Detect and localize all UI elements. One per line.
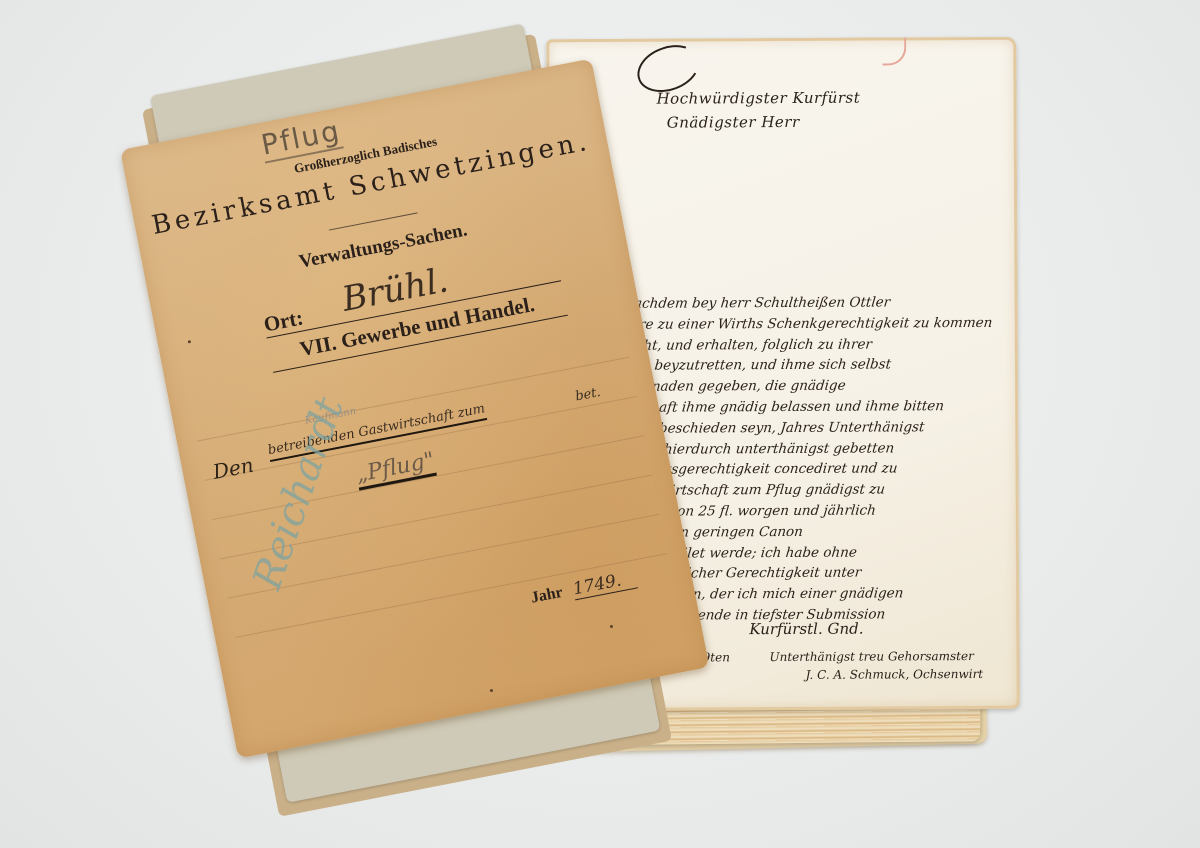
paper-spot — [188, 340, 192, 344]
year-label: Jahr — [529, 584, 564, 607]
manuscript-signoff: Unterthänigst treu Gehorsamster J. C. A.… — [769, 647, 983, 684]
signature: J. C. A. Schmuck, Ochsenwirt — [770, 665, 984, 684]
red-pencil-mark — [882, 37, 906, 65]
manuscript-line: diesem beyzutretten, und ihme sich selbs… — [600, 354, 1022, 377]
divider — [329, 212, 418, 230]
salutation-line: Hochwürdigster Kurfürst — [656, 86, 860, 111]
manuscript-salutation: Hochwürdigster Kurfürst Gnädigster Herr — [656, 86, 860, 135]
handwritten-prefix: Den — [211, 453, 256, 484]
place-label: Ort: — [262, 305, 306, 337]
paper-spot — [610, 625, 614, 629]
ruled-line — [235, 553, 667, 638]
signoff-line: Unterthänigst treu Gehorsamster — [769, 647, 983, 666]
manuscript-closing: Kurfürstl. Gnd. — [749, 620, 863, 639]
handwritten-suffix: bet. — [574, 385, 602, 405]
manuscript-line: unter Gnaden gegeben, die gnädige — [598, 375, 1020, 398]
year-value: 1749. — [571, 568, 638, 601]
photo-scene: Hochwürdigster Kurfürst Gnädigster Herr … — [0, 0, 1200, 848]
folder-year-field: Jahr 1749. — [529, 568, 638, 609]
manuscript-line: gesucht, und erhalten, folglich zu ihrer — [603, 333, 1025, 356]
paper-spot — [490, 689, 494, 693]
salutation-line: Gnädigster Herr — [657, 110, 861, 135]
manuscript-line: andere zu einer Wirths Schenkgerechtigke… — [605, 313, 1027, 336]
pencil-signature: Reichardt — [244, 392, 352, 596]
manuscript-line: Nachdem bey herr Schultheißen Ottler — [607, 287, 1030, 315]
